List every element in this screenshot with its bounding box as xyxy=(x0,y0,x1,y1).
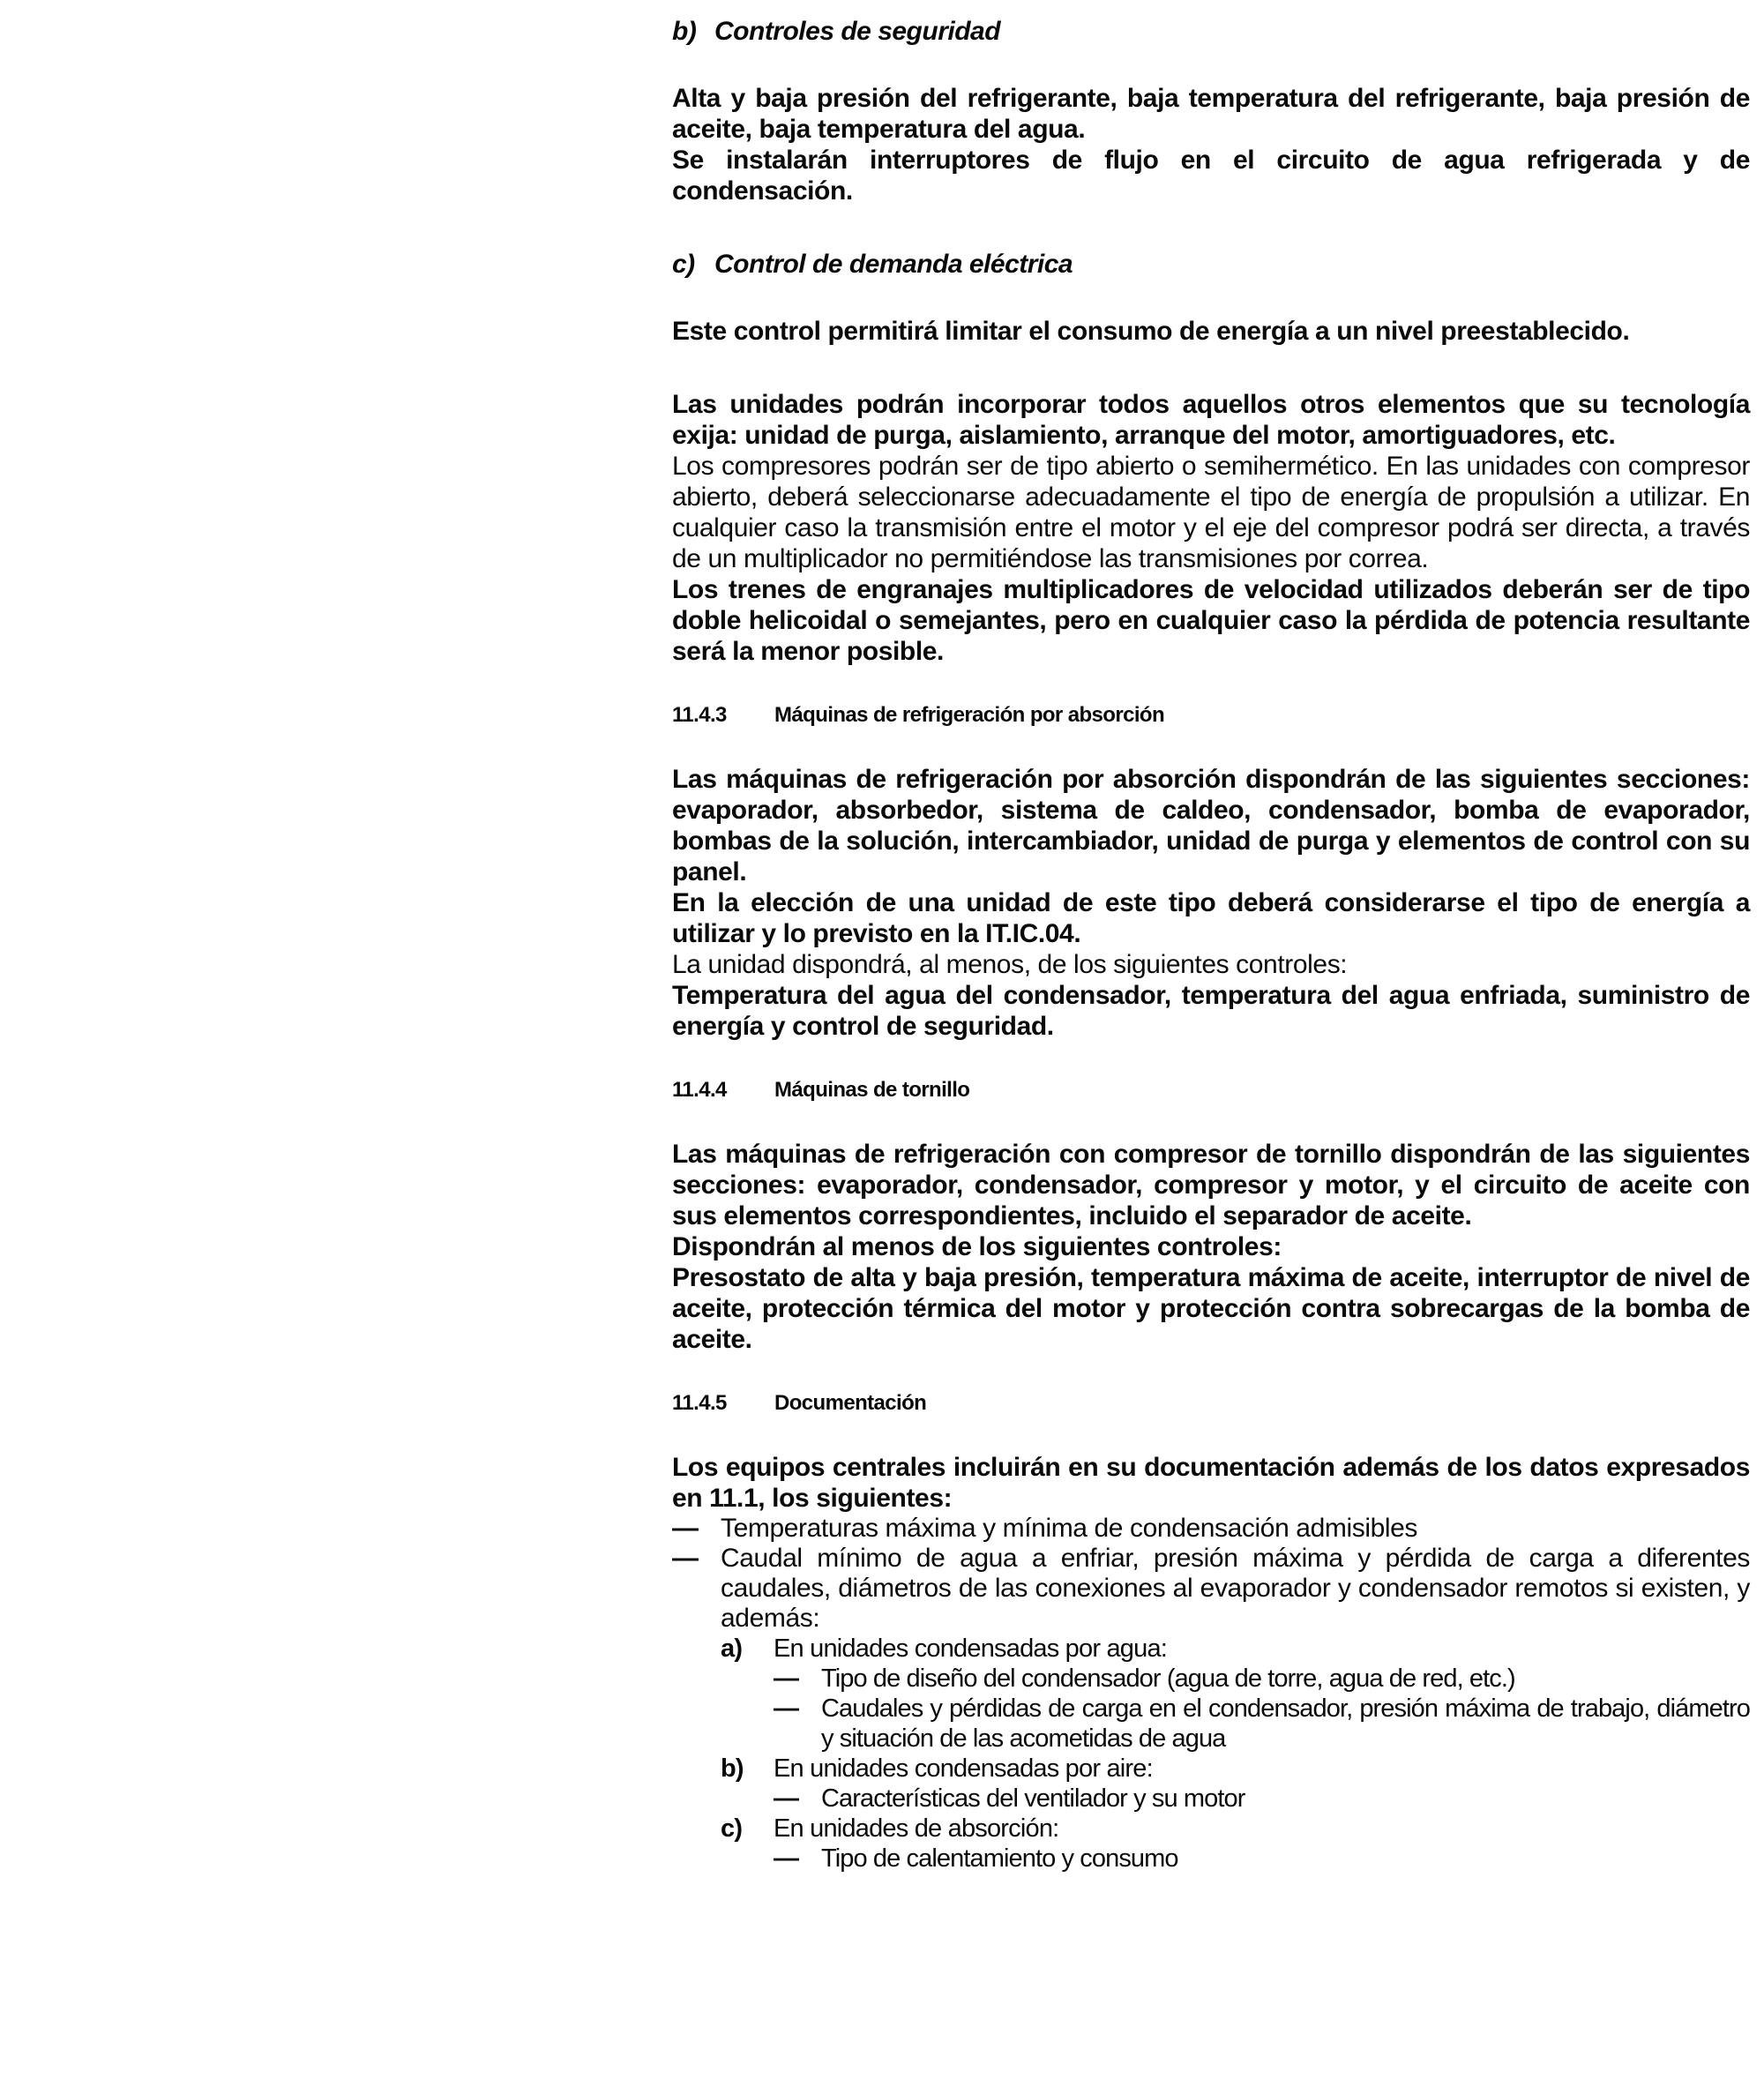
list-item-text: Tipo de calentamiento y consumo xyxy=(821,1844,1178,1873)
section-title: Documentación xyxy=(774,1391,926,1415)
section-number: 11.4.4 xyxy=(672,1077,774,1103)
dash-bullet-icon: — xyxy=(774,1844,798,1874)
paragraph: Dispondrán al menos de los siguientes co… xyxy=(672,1231,1750,1262)
list-letter: a) xyxy=(721,1634,742,1664)
detail-list: — Características del ventilador y su mo… xyxy=(774,1784,1750,1814)
list-item: c) En unidades de absorción: — Tipo de c… xyxy=(721,1814,1750,1874)
list-item-text: Caudales y pérdidas de carga en el conde… xyxy=(821,1694,1750,1753)
subsection-letter: c) xyxy=(672,249,714,281)
list-letter: c) xyxy=(721,1814,742,1844)
list-letter: b) xyxy=(721,1754,744,1784)
subsection-heading-controles-seguridad: b)Controles de seguridad xyxy=(672,16,1750,48)
paragraph: Las máquinas de refrigeración por absorc… xyxy=(672,764,1750,887)
subsection-heading-control-demanda: c)Control de demanda eléctrica xyxy=(672,249,1750,281)
subsection-letter: b) xyxy=(672,16,714,48)
paragraph: Los compresores podrán ser de tipo abier… xyxy=(672,451,1750,574)
list-item: — Tipo de diseño del condensador (agua d… xyxy=(774,1664,1750,1694)
detail-list: — Tipo de calentamiento y consumo xyxy=(774,1844,1750,1874)
paragraph: Este control permitirá limitar el consum… xyxy=(672,316,1750,347)
list-item: — Características del ventilador y su mo… xyxy=(774,1784,1750,1814)
section-title: Máquinas de tornillo xyxy=(774,1078,969,1102)
paragraph: Alta y baja presión del refrigerante, ba… xyxy=(672,83,1750,145)
list-item: — Temperaturas máxima y mínima de conden… xyxy=(672,1514,1750,1544)
document-page: b)Controles de seguridad Alta y baja pre… xyxy=(672,16,1750,1874)
dash-bullet-icon: — xyxy=(672,1514,699,1544)
paragraph: Los trenes de engranajes multiplicadores… xyxy=(672,574,1750,667)
paragraph: Se instalarán interruptores de flujo en … xyxy=(672,145,1750,206)
list-item-text: Características del ventilador y su moto… xyxy=(821,1784,1245,1813)
section-heading-11-4-5: 11.4.5Documentación xyxy=(672,1390,1750,1417)
list-item-text: Caudal mínimo de agua a enfriar, presión… xyxy=(721,1544,1750,1633)
list-item: — Tipo de calentamiento y consumo xyxy=(774,1844,1750,1874)
list-item-label: En unidades condensadas por agua: xyxy=(774,1634,1167,1663)
section-heading-11-4-3: 11.4.3Máquinas de refrigeración por abso… xyxy=(672,702,1750,729)
paragraph: Las máquinas de refrigeración con compre… xyxy=(672,1139,1750,1231)
list-item-label: En unidades condensadas por aire: xyxy=(774,1754,1153,1783)
list-item: a) En unidades condensadas por agua: — T… xyxy=(721,1634,1750,1754)
dash-bullet-icon: — xyxy=(774,1694,798,1724)
subsection-title: Controles de seguridad xyxy=(714,17,1000,46)
documentation-list: — Temperaturas máxima y mínima de conden… xyxy=(672,1514,1750,1874)
dash-bullet-icon: — xyxy=(774,1664,798,1694)
section-number: 11.4.3 xyxy=(672,702,774,729)
subsection-title: Control de demanda eléctrica xyxy=(714,250,1073,279)
unit-type-list: a) En unidades condensadas por agua: — T… xyxy=(721,1634,1750,1874)
list-item-label: En unidades de absorción: xyxy=(774,1814,1058,1843)
section-heading-11-4-4: 11.4.4Máquinas de tornillo xyxy=(672,1077,1750,1103)
list-item: b) En unidades condensadas por aire: — C… xyxy=(721,1754,1750,1814)
paragraph: En la elección de una unidad de este tip… xyxy=(672,887,1750,949)
paragraph: Presostato de alta y baja presión, tempe… xyxy=(672,1262,1750,1355)
dash-bullet-icon: — xyxy=(774,1784,798,1814)
paragraph: Temperatura del agua del condensador, te… xyxy=(672,980,1750,1042)
list-item-text: Temperaturas máxima y mínima de condensa… xyxy=(721,1514,1417,1543)
dash-bullet-icon: — xyxy=(672,1544,699,1574)
section-number: 11.4.5 xyxy=(672,1390,774,1417)
paragraph: Los equipos centrales incluirán en su do… xyxy=(672,1452,1750,1514)
list-item: — Caudales y pérdidas de carga en el con… xyxy=(774,1694,1750,1754)
section-title: Máquinas de refrigeración por absorción xyxy=(774,703,1164,727)
list-item-text: Tipo de diseño del condensador (agua de … xyxy=(821,1664,1515,1693)
detail-list: — Tipo de diseño del condensador (agua d… xyxy=(774,1664,1750,1754)
paragraph: Las unidades podrán incorporar todos aqu… xyxy=(672,389,1750,451)
list-item: — Caudal mínimo de agua a enfriar, presi… xyxy=(672,1544,1750,1874)
paragraph: La unidad dispondrá, al menos, de los si… xyxy=(672,949,1750,980)
